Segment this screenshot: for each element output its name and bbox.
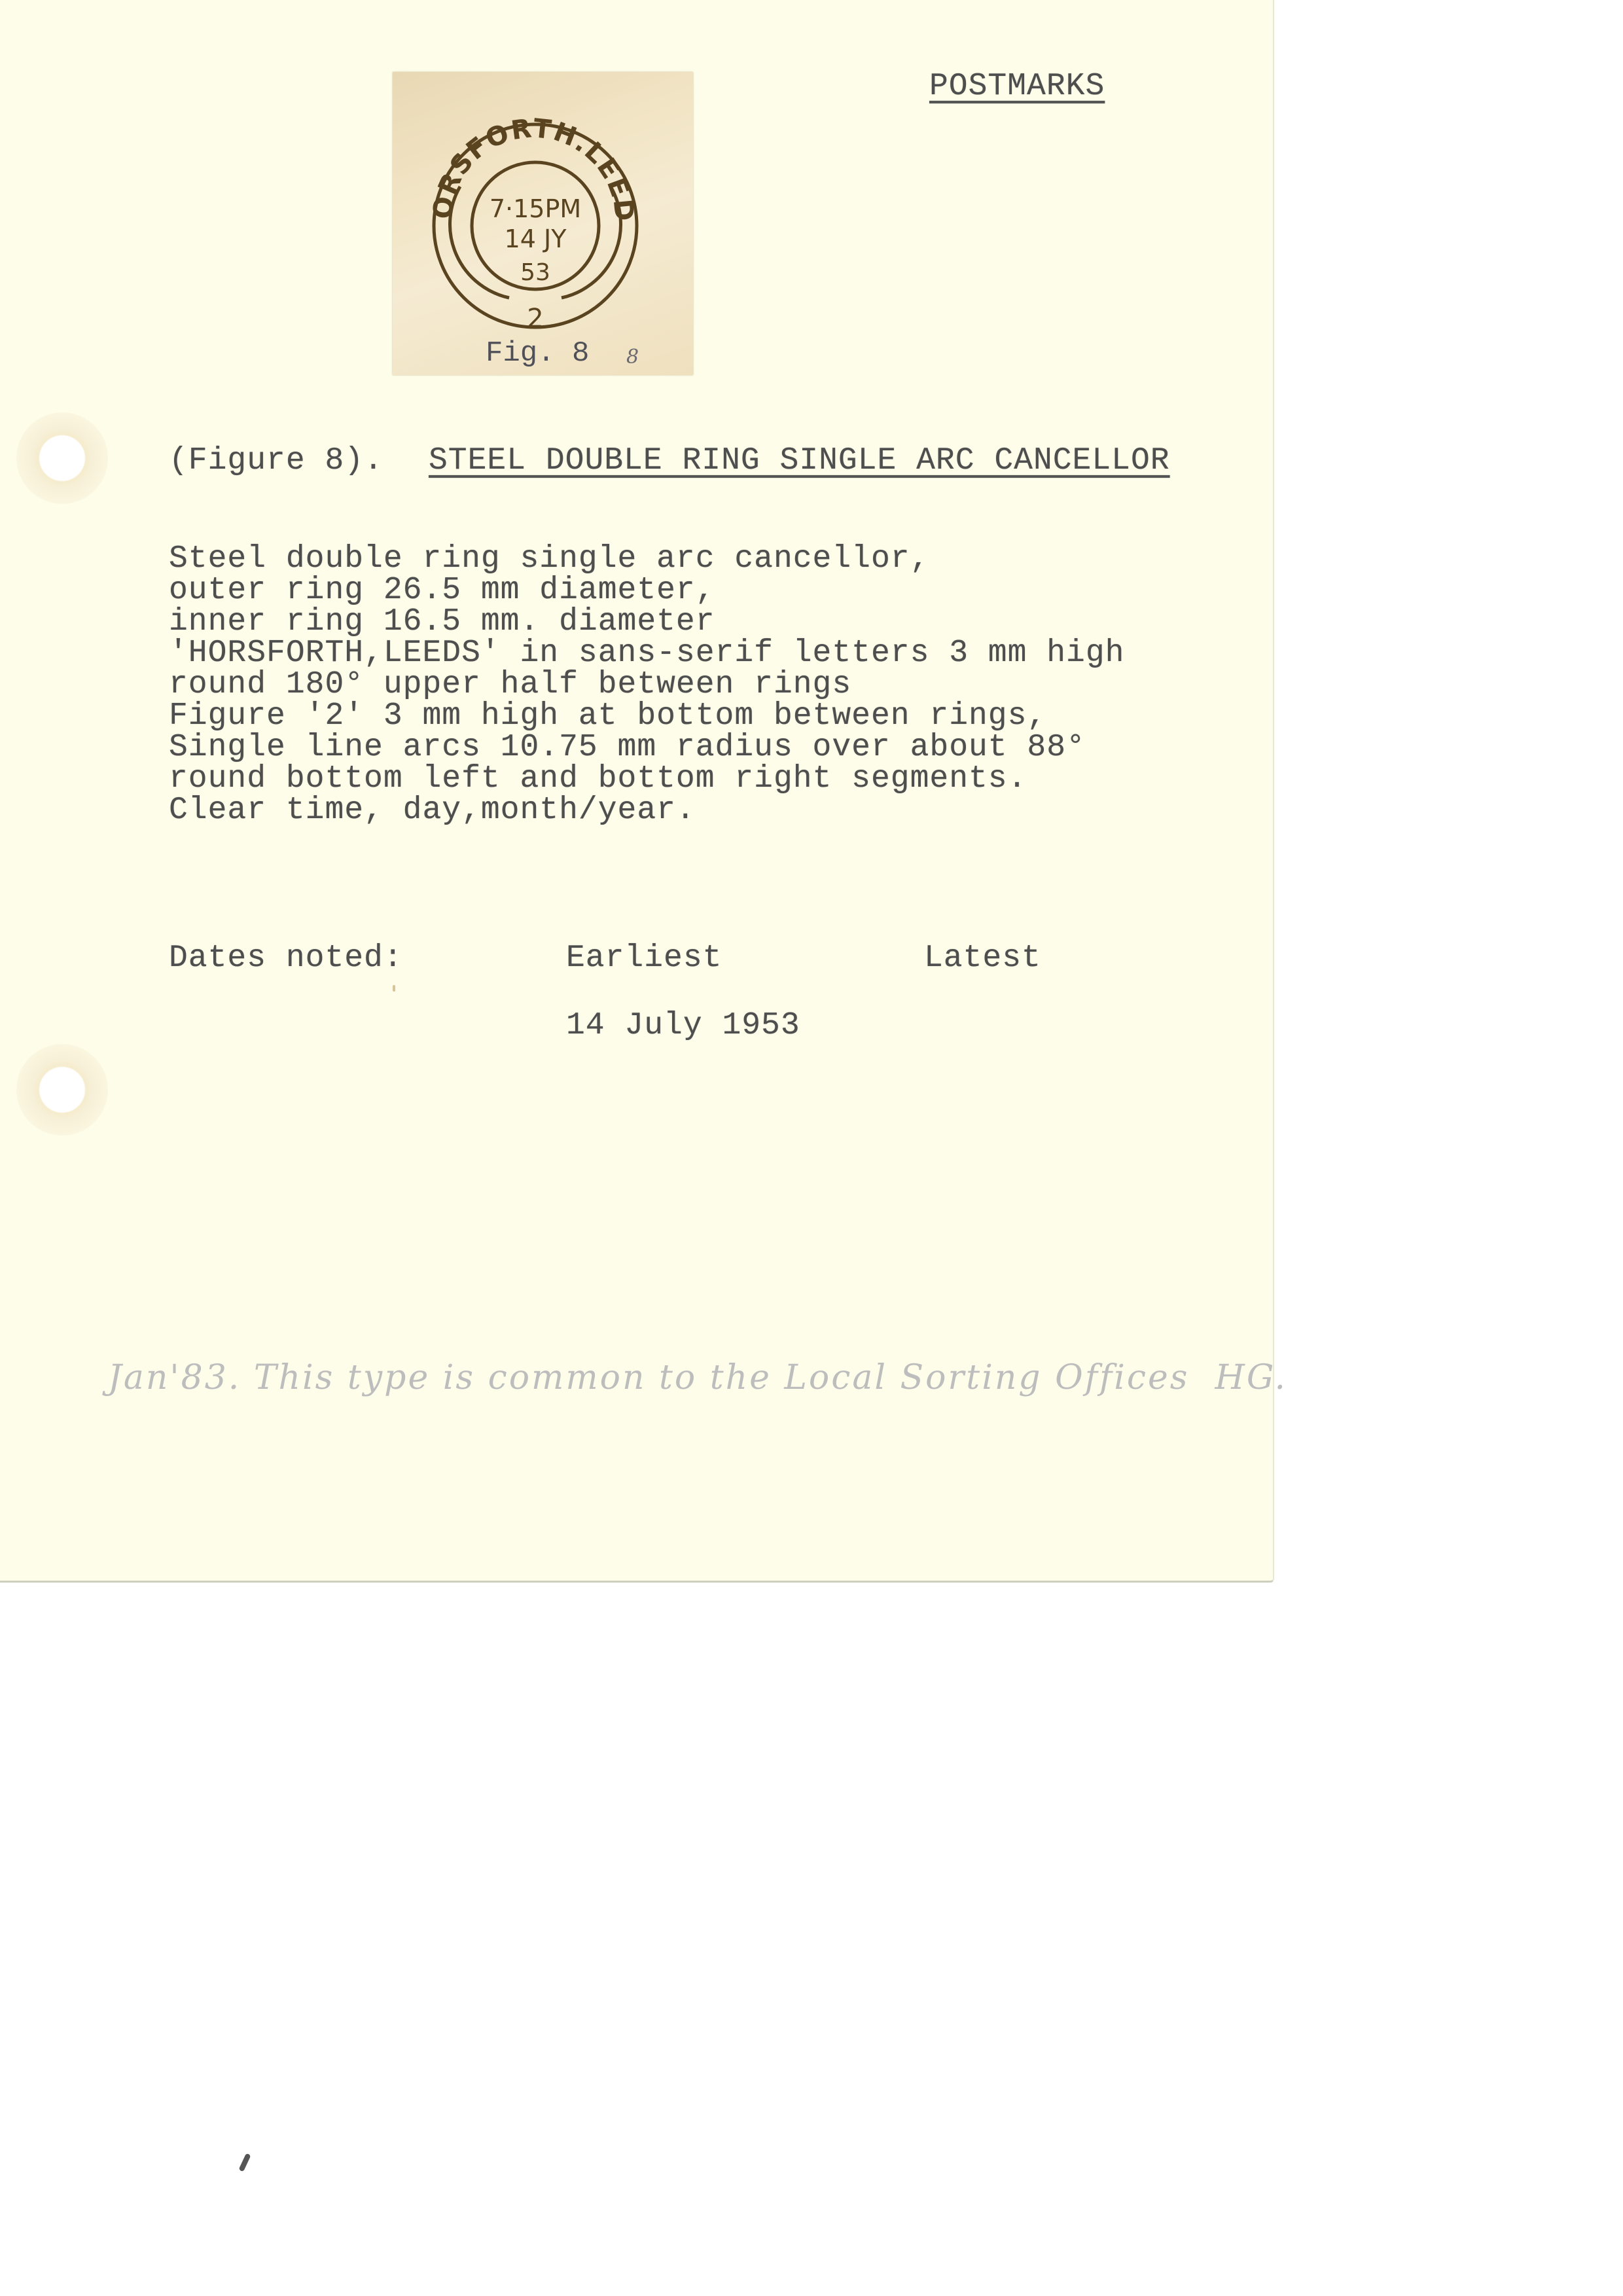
dates-label: Dates noted: xyxy=(169,942,403,974)
svg-text:53: 53 xyxy=(520,259,550,286)
latest-header: Latest xyxy=(924,942,1041,974)
figure-label: Fig. 8 xyxy=(486,337,589,370)
description-line: round 180° upper half between rings xyxy=(169,669,851,700)
svg-text:7·15PM: 7·15PM xyxy=(490,194,581,223)
svg-text:2: 2 xyxy=(527,304,543,334)
handwritten-note: Jan'83. This type is common to the Local… xyxy=(108,1358,1287,1397)
section-title: POSTMARKS xyxy=(929,71,1105,102)
description-line: Single line arcs 10.75 mm radius over ab… xyxy=(169,732,1086,763)
description-line: inner ring 16.5 mm. diameter xyxy=(169,606,715,637)
description-line: round bottom left and bottom right segme… xyxy=(169,763,1027,795)
description-line: Figure '2' 3 mm high at bottom between r… xyxy=(169,700,1046,732)
earliest-header: Earliest xyxy=(566,942,722,974)
scan-mark xyxy=(238,2153,251,2172)
description-line: 'HORSFORTH,LEEDS' in sans-serif letters … xyxy=(169,637,1124,669)
earliest-date: 14 July 1953 xyxy=(566,1010,800,1041)
description-line: Steel double ring single arc cancellor, xyxy=(169,543,929,575)
postmark-icon: HORSFORTH.LEEDS 7·15PM 14 JY 53 2 xyxy=(393,72,693,375)
description-line: outer ring 26.5 mm diameter, xyxy=(169,575,715,606)
page-heading: STEEL DOUBLE RING SINGLE ARC CANCELLOR xyxy=(429,445,1170,476)
document-page: POSTMARKS HORSFORTH.LEEDS 7·15PM 14 JY 5… xyxy=(0,0,1274,1583)
postmark-specimen: HORSFORTH.LEEDS 7·15PM 14 JY 53 2 Fig. 8… xyxy=(393,72,693,375)
description-line: Clear time, day,month/year. xyxy=(169,795,696,826)
paper-speck xyxy=(393,985,395,992)
punch-hole-bottom xyxy=(16,1044,108,1136)
punch-hole-top xyxy=(16,412,108,504)
pencil-figure-number: 8 xyxy=(626,346,639,368)
figure-reference: (Figure 8). xyxy=(169,445,383,476)
svg-text:14 JY: 14 JY xyxy=(505,224,567,253)
